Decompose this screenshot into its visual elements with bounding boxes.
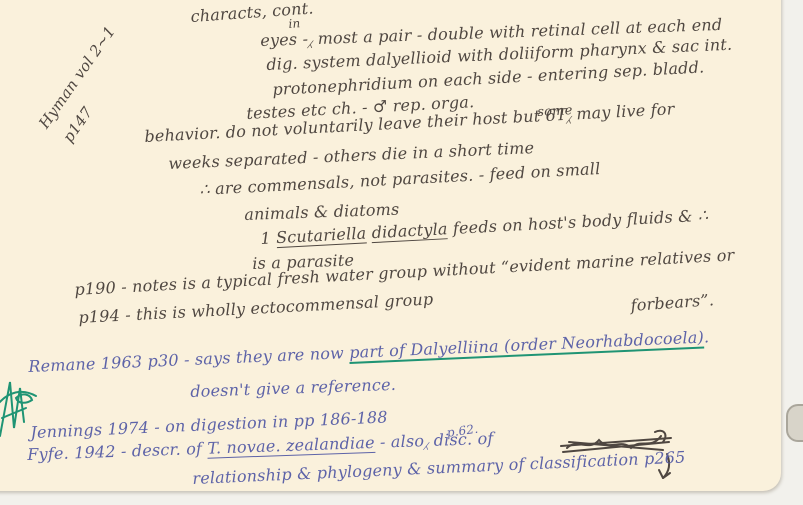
citation-note-line: p147: [60, 104, 96, 145]
note-line: animals & diatoms: [244, 201, 400, 224]
under-card-corner: [786, 404, 803, 442]
index-card: Hyman vol 2~1p147characts, cont.ineyes -…: [0, 0, 781, 491]
note-line: doesn't give a reference.: [190, 376, 396, 401]
note-line: forbears”.: [630, 291, 715, 314]
note-line: Remane 1963 p30 - says they are now part…: [28, 328, 710, 375]
scanned-note-card: Hyman vol 2~1p147characts, cont.ineyes -…: [0, 0, 803, 505]
